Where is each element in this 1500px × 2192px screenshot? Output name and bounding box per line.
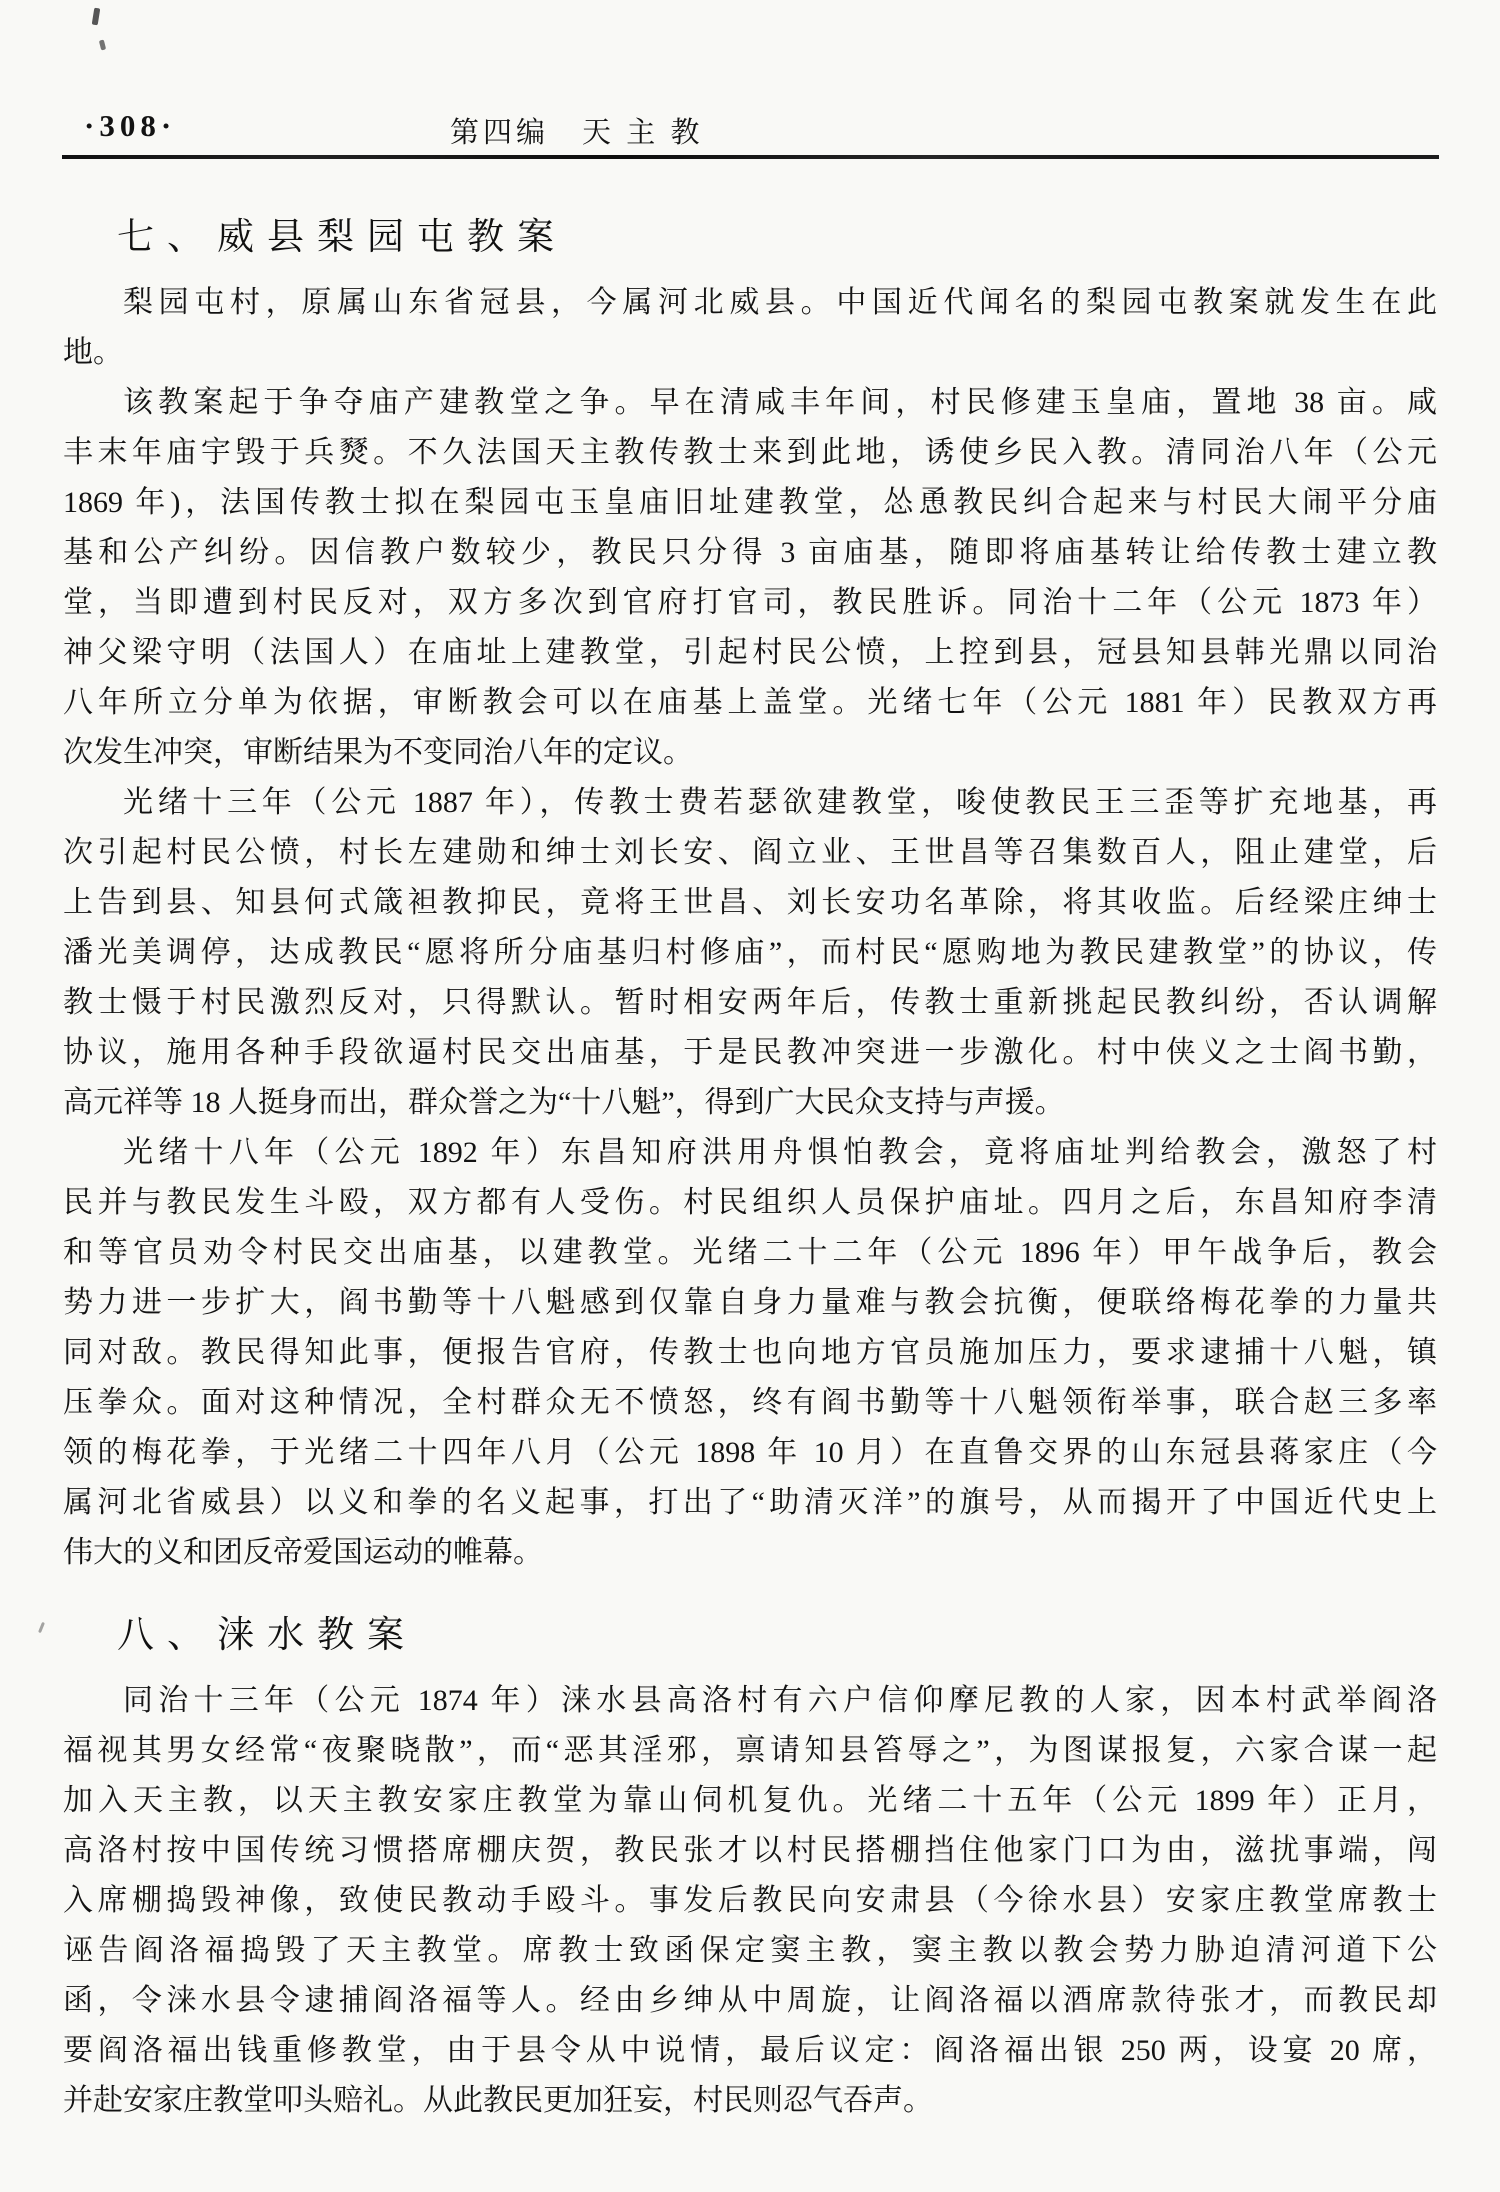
scan-artifact [99,40,106,51]
text-line: 高元祥等 18 人挺身而出，群众誉之为“十八魁”，得到广大民众支持与声援。 [63,1078,1437,1128]
text-line: 高洛村按中国传统习惯搭席棚庆贺，教民张才以村民搭棚挡住他家门口为由，滋扰事端，闯 [63,1826,1437,1876]
page-content: 七、威县梨园屯教案梨园屯村，原属山东省冠县，今属河北威县。中国近代闻名的梨园屯教… [63,214,1437,2126]
text-line: 和等官员劝令村民交出庙基，以建教堂。光绪二十二年（公元 1896 年）甲午战争后… [63,1228,1437,1278]
text-line: 入席棚捣毁神像，致使民教动手殴斗。事发后教民向安肃县（今徐水县）安家庄教堂席教士 [63,1876,1437,1926]
text-line: 丰末年庙宇毁于兵燹。不久法国天主教传教士来到此地，诱使乡民入教。清同治八年（公元 [63,428,1437,478]
scan-artifact [92,8,101,26]
text-line: 次发生冲突，审断结果为不变同治八年的定议。 [63,728,1437,778]
text-line: 基和公产纠纷。因信教户数较少，教民只分得 3 亩庙基，随即将庙基转让给传教士建立… [63,528,1437,578]
text-line: 次引起村民公愤，村长左建勋和绅士刘长安、阎立业、王世昌等召集数百人，阻止建堂，后 [63,828,1437,878]
text-line: 要阎洛福出钱重修教堂，由于县令从中说情，最后议定：阎洛福出银 250 两，设宴 … [63,2026,1437,2076]
running-title: 第四编 天 主 教 [450,110,704,151]
text-line: 光绪十八年（公元 1892 年）东昌知府洪用舟惧怕教会，竟将庙址判给教会，激怒了… [63,1128,1437,1178]
text-line: 民并与教民发生斗殴，双方都有人受伤。村民组织人员保护庙址。四月之后，东昌知府李清 [63,1178,1437,1228]
text-line: 八年所立分单为依据，审断教会可以在庙基上盖堂。光绪七年（公元 1881 年）民教… [63,678,1437,728]
text-line: 该教案起于争夺庙产建教堂之争。早在清咸丰年间，村民修建玉皇庙，置地 38 亩。咸 [63,378,1437,428]
text-line: 伟大的义和团反帝爱国运动的帷幕。 [63,1528,1437,1578]
text-line: 压拳众。面对这种情况，全村群众无不愤怒，终有阎书勤等十八魁领衔举事，联合赵三多率 [63,1378,1437,1428]
text-line: 1869 年)，法国传教士拟在梨园屯玉皇庙旧址建教堂，怂恿教民纠合起来与村民大闹… [63,478,1437,528]
text-line: 神父梁守明（法国人）在庙址上建教堂，引起村民公愤，上控到县，冠县知县韩光鼎以同治 [63,628,1437,678]
text-line: 并赴安家庄教堂叩头赔礼。从此教民更加狂妄，村民则忍气吞声。 [63,2076,1437,2126]
text-line: 势力进一步扩大，阎书勤等十八魁感到仅靠自身力量难与教会抗衡，便联络梅花拳的力量共 [63,1278,1437,1328]
text-line: 福视其男女经常“夜聚晓散”，而“恶其淫邪，禀请知县笞辱之”，为图谋报复，六家合谋… [63,1726,1437,1776]
text-line: 教士慑于村民激烈反对，只得默认。暂时相安两年后，传教士重新挑起民教纠纷，否认调解 [63,978,1437,1028]
text-line: 属河北省威县）以义和拳的名义起事，打出了“助清灭洋”的旗号，从而揭开了中国近代史… [63,1478,1437,1528]
text-line: 堂，当即遭到村民反对，双方多次到官府打官司，教民胜诉。同治十二年（公元 1873… [63,578,1437,628]
page-number: ·308· [84,108,176,144]
text-line: 协议，施用各种手段欲逼村民交出庙基，于是民教冲突进一步激化。村中侠义之士阎书勤， [63,1028,1437,1078]
scan-artifact [38,1622,45,1633]
text-line: 函，令涞水县令逮捕阎洛福等人。经由乡绅从中周旋，让阎洛福以酒席款待张才，而教民却 [63,1976,1437,2026]
text-line: 上告到县、知县何式箴袒教抑民，竟将王世昌、刘长安功名革除，将其收监。后经梁庄绅士 [63,878,1437,928]
text-line: 加入天主教，以天主教安家庄教堂为靠山伺机复仇。光绪二十五年（公元 1899 年）… [63,1776,1437,1826]
header-rule [62,155,1439,159]
text-line: 光绪十三年（公元 1887 年），传教士费若瑟欲建教堂，唆使教民王三歪等扩充地基… [63,778,1437,828]
text-line: 地。 [63,328,1437,378]
text-line: 诬告阎洛福捣毁了天主教堂。席教士致函保定窦主教，窦主教以教会势力胁迫清河道下公 [63,1926,1437,1976]
section-heading: 七、威县梨园屯教案 [117,214,1437,262]
section-heading: 八、涞水教案 [117,1612,1437,1660]
text-line: 梨园屯村，原属山东省冠县，今属河北威县。中国近代闻名的梨园屯教案就发生在此 [63,278,1437,328]
text-line: 潘光美调停，达成教民“愿将所分庙基归村修庙”，而村民“愿购地为教民建教堂”的协议… [63,928,1437,978]
text-line: 领的梅花拳，于光绪二十四年八月（公元 1898 年 10 月）在直鲁交界的山东冠… [63,1428,1437,1478]
book-page: ·308· 第四编 天 主 教 七、威县梨园屯教案梨园屯村，原属山东省冠县，今属… [0,0,1500,2192]
text-line: 同治十三年（公元 1874 年）涞水县高洛村有六户信仰摩尼教的人家，因本村武举阎… [63,1676,1437,1726]
text-line: 同对敌。教民得知此事，便报告官府，传教士也向地方官员施加压力，要求逮捕十八魁，镇 [63,1328,1437,1378]
